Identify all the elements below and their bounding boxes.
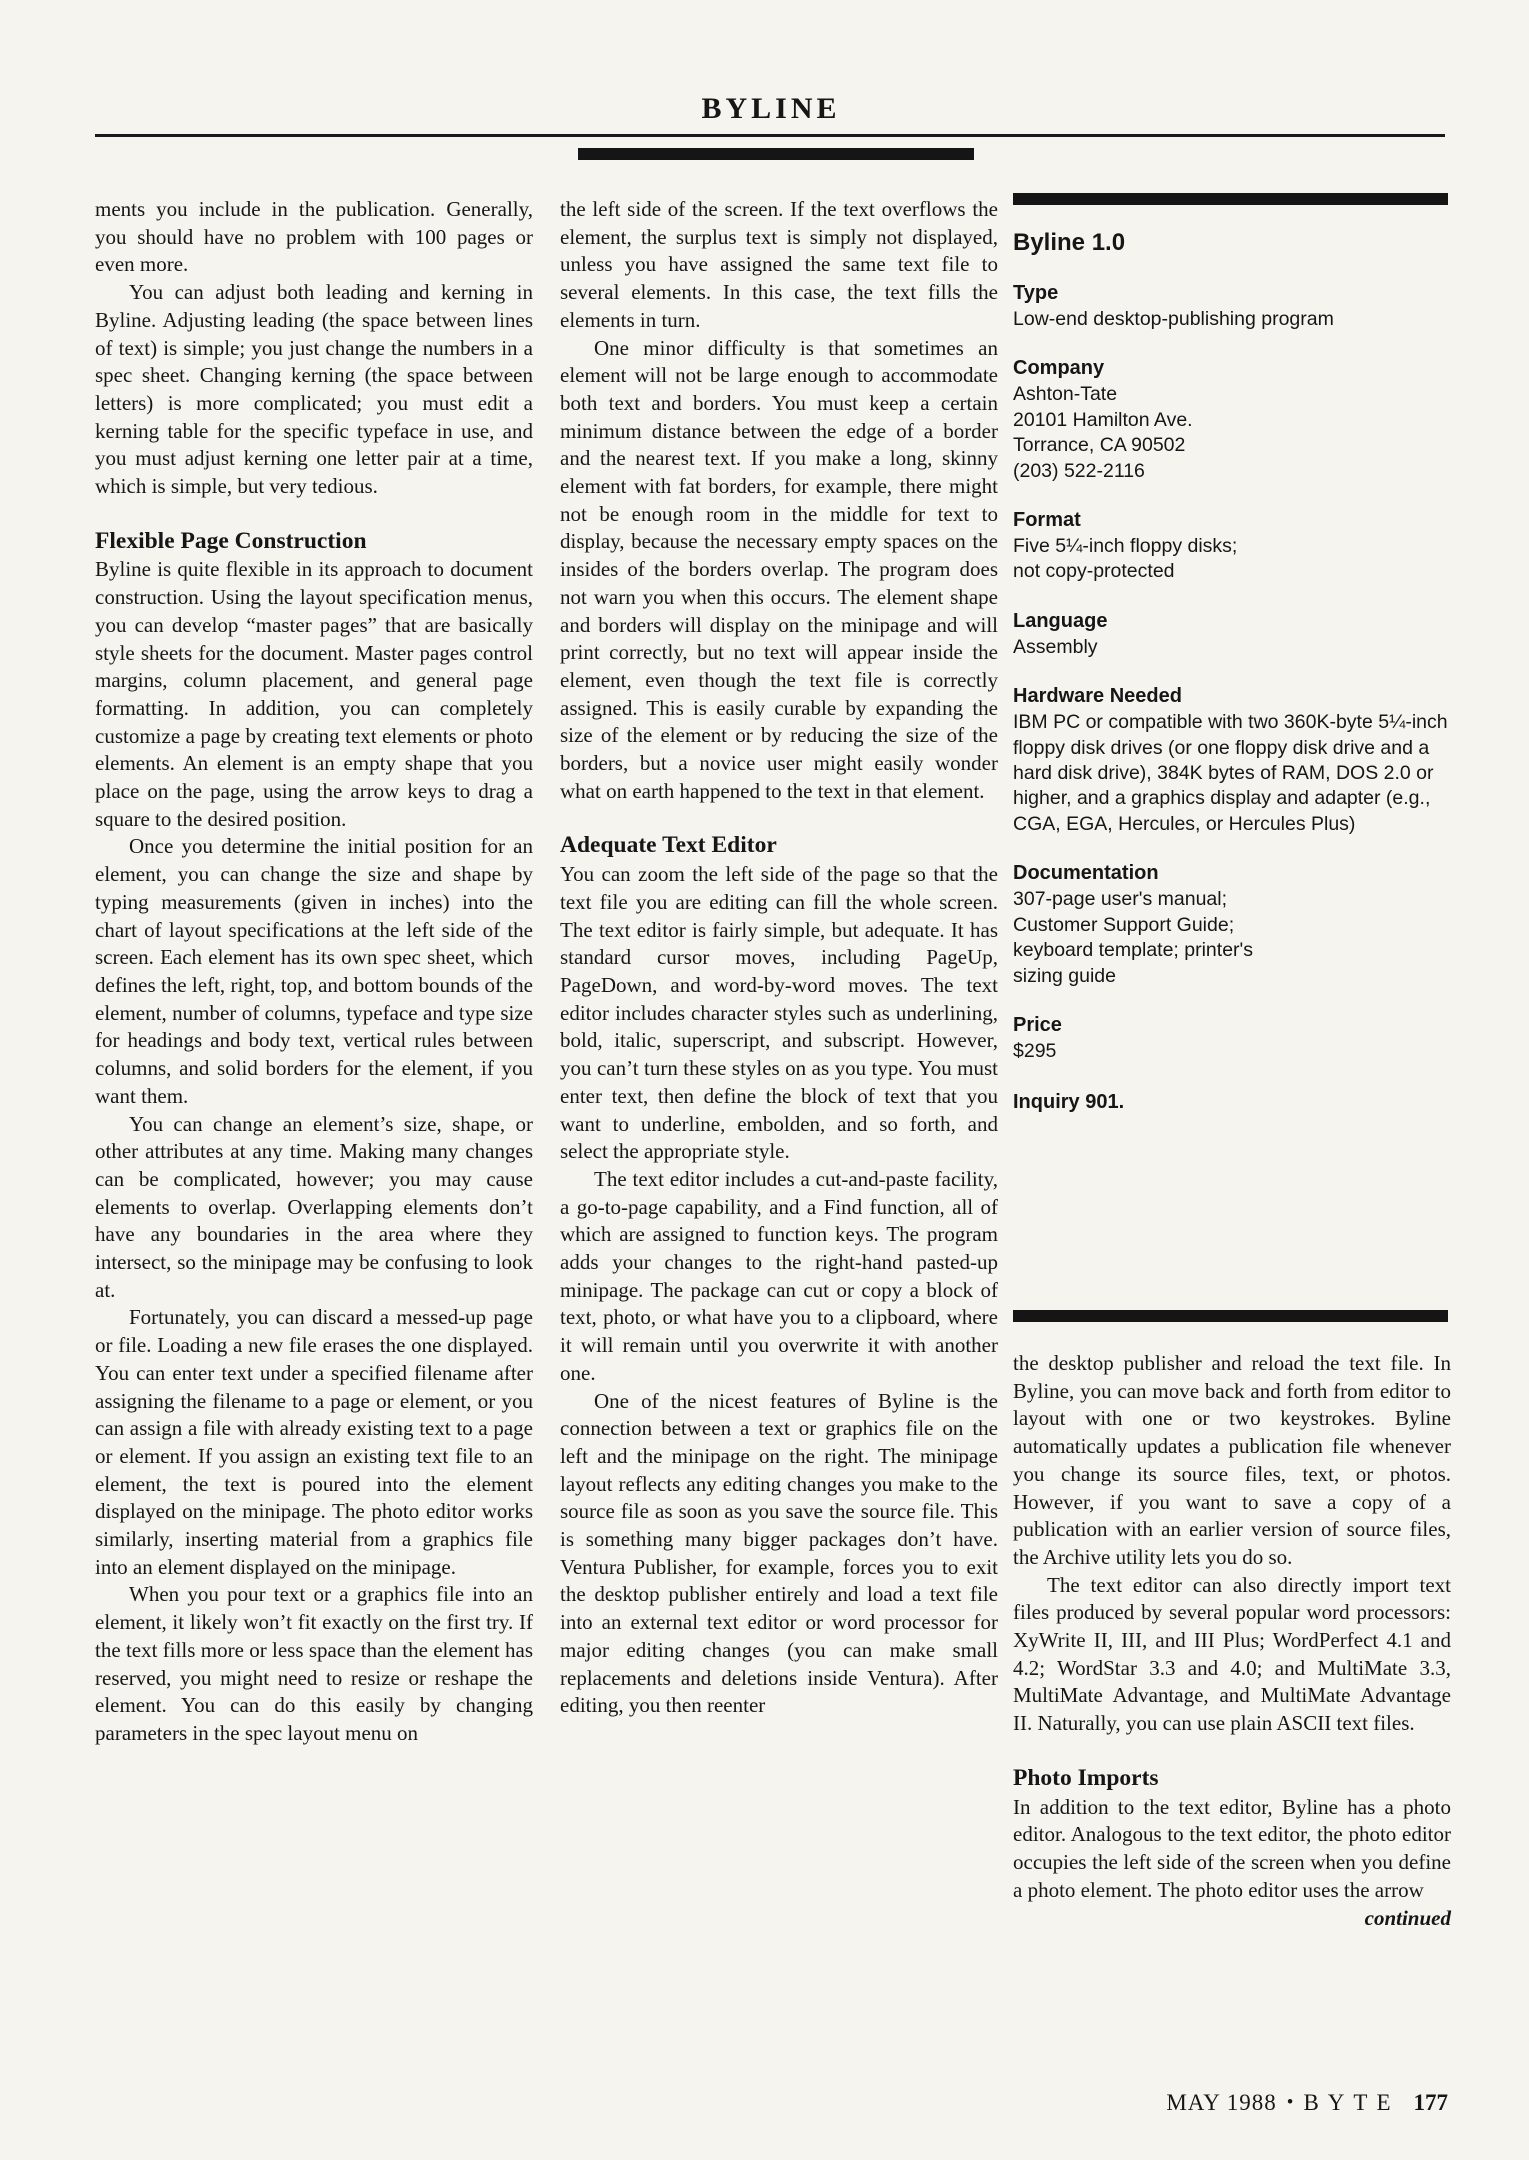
inquiry-number: Inquiry 901. bbox=[1013, 1091, 1448, 1114]
paragraph: Byline is quite flexible in its approach… bbox=[95, 556, 533, 833]
paragraph: One of the nicest features of Byline is … bbox=[560, 1388, 998, 1720]
middle-column: the left side of the screen. If the text… bbox=[560, 196, 998, 1720]
product-section-documentation: Documentation 307-page user's manual; Cu… bbox=[1013, 862, 1448, 989]
paragraph: Once you determine the initial position … bbox=[95, 833, 533, 1110]
right-column: the desktop publisher and reload the tex… bbox=[1013, 1350, 1451, 1933]
product-section-format: Format Five 5¼-inch floppy disks; not co… bbox=[1013, 509, 1448, 585]
product-section-label: Documentation bbox=[1013, 862, 1448, 885]
product-title: Byline 1.0 bbox=[1013, 229, 1448, 257]
footer-magazine-name: BYTE bbox=[1303, 2090, 1399, 2115]
page-title: BYLINE bbox=[95, 92, 1447, 126]
footer-issue-date: MAY 1988 bbox=[1166, 2090, 1276, 2115]
product-info-box: Byline 1.0 Type Low-end desktop-publishi… bbox=[1013, 193, 1448, 1114]
paragraph: the left side of the screen. If the text… bbox=[560, 196, 998, 335]
magazine-page: BYLINE ments you include in the publicat… bbox=[0, 0, 1529, 2160]
product-box-bottom-bar bbox=[1013, 1310, 1448, 1322]
header-accent-bar bbox=[578, 148, 974, 160]
product-section-value: IBM PC or compatible with two 360K-byte … bbox=[1013, 710, 1448, 837]
left-column: ments you include in the publication. Ge… bbox=[95, 196, 533, 1748]
section-heading: Adequate Text Editor bbox=[560, 832, 998, 860]
header-rule bbox=[95, 134, 1445, 137]
product-section-language: Language Assembly bbox=[1013, 610, 1448, 660]
product-section-type: Type Low-end desktop-publishing program bbox=[1013, 282, 1448, 332]
product-section-label: Language bbox=[1013, 610, 1448, 633]
paragraph: The text editor includes a cut-and-paste… bbox=[560, 1166, 998, 1388]
product-section-value: Low-end desktop-publishing program bbox=[1013, 307, 1448, 332]
paragraph: You can adjust both leading and kerning … bbox=[95, 279, 533, 501]
product-section-value: 307-page user's manual; Customer Support… bbox=[1013, 887, 1448, 989]
section-heading: Flexible Page Construction bbox=[95, 528, 533, 556]
product-section-value: Assembly bbox=[1013, 635, 1448, 660]
paragraph: When you pour text or a graphics file in… bbox=[95, 1581, 533, 1747]
paragraph: You can zoom the left side of the page s… bbox=[560, 861, 998, 1166]
paragraph: You can change an element’s size, shape,… bbox=[95, 1111, 533, 1305]
section-heading: Photo Imports bbox=[1013, 1765, 1451, 1793]
paragraph: One minor difficulty is that sometimes a… bbox=[560, 335, 998, 806]
product-section-value: Five 5¼-inch floppy disks; not copy-prot… bbox=[1013, 534, 1448, 585]
page-footer: MAY 1988•BYTE177 bbox=[1013, 2090, 1448, 2116]
footer-bullet: • bbox=[1287, 2092, 1294, 2113]
product-section-label: Price bbox=[1013, 1014, 1448, 1037]
product-section-value: $295 bbox=[1013, 1039, 1448, 1064]
paragraph: the desktop publisher and reload the tex… bbox=[1013, 1350, 1451, 1572]
continued-label: continued bbox=[1013, 1905, 1451, 1933]
paragraph: Fortunately, you can discard a messed-up… bbox=[95, 1304, 533, 1581]
product-section-company: Company Ashton-Tate 20101 Hamilton Ave. … bbox=[1013, 357, 1448, 484]
product-box-top-bar bbox=[1013, 193, 1448, 205]
paragraph: ments you include in the publication. Ge… bbox=[95, 196, 533, 279]
product-section-value: Ashton-Tate 20101 Hamilton Ave. Torrance… bbox=[1013, 382, 1448, 484]
paragraph: In addition to the text editor, Byline h… bbox=[1013, 1794, 1451, 1905]
product-section-label: Hardware Needed bbox=[1013, 685, 1448, 708]
paragraph: The text editor can also directly import… bbox=[1013, 1572, 1451, 1738]
product-section-price: Price $295 bbox=[1013, 1014, 1448, 1064]
footer-page-number: 177 bbox=[1414, 2090, 1449, 2115]
product-section-hardware: Hardware Needed IBM PC or compatible wit… bbox=[1013, 685, 1448, 837]
product-section-label: Type bbox=[1013, 282, 1448, 305]
product-section-label: Company bbox=[1013, 357, 1448, 380]
product-section-label: Format bbox=[1013, 509, 1448, 532]
